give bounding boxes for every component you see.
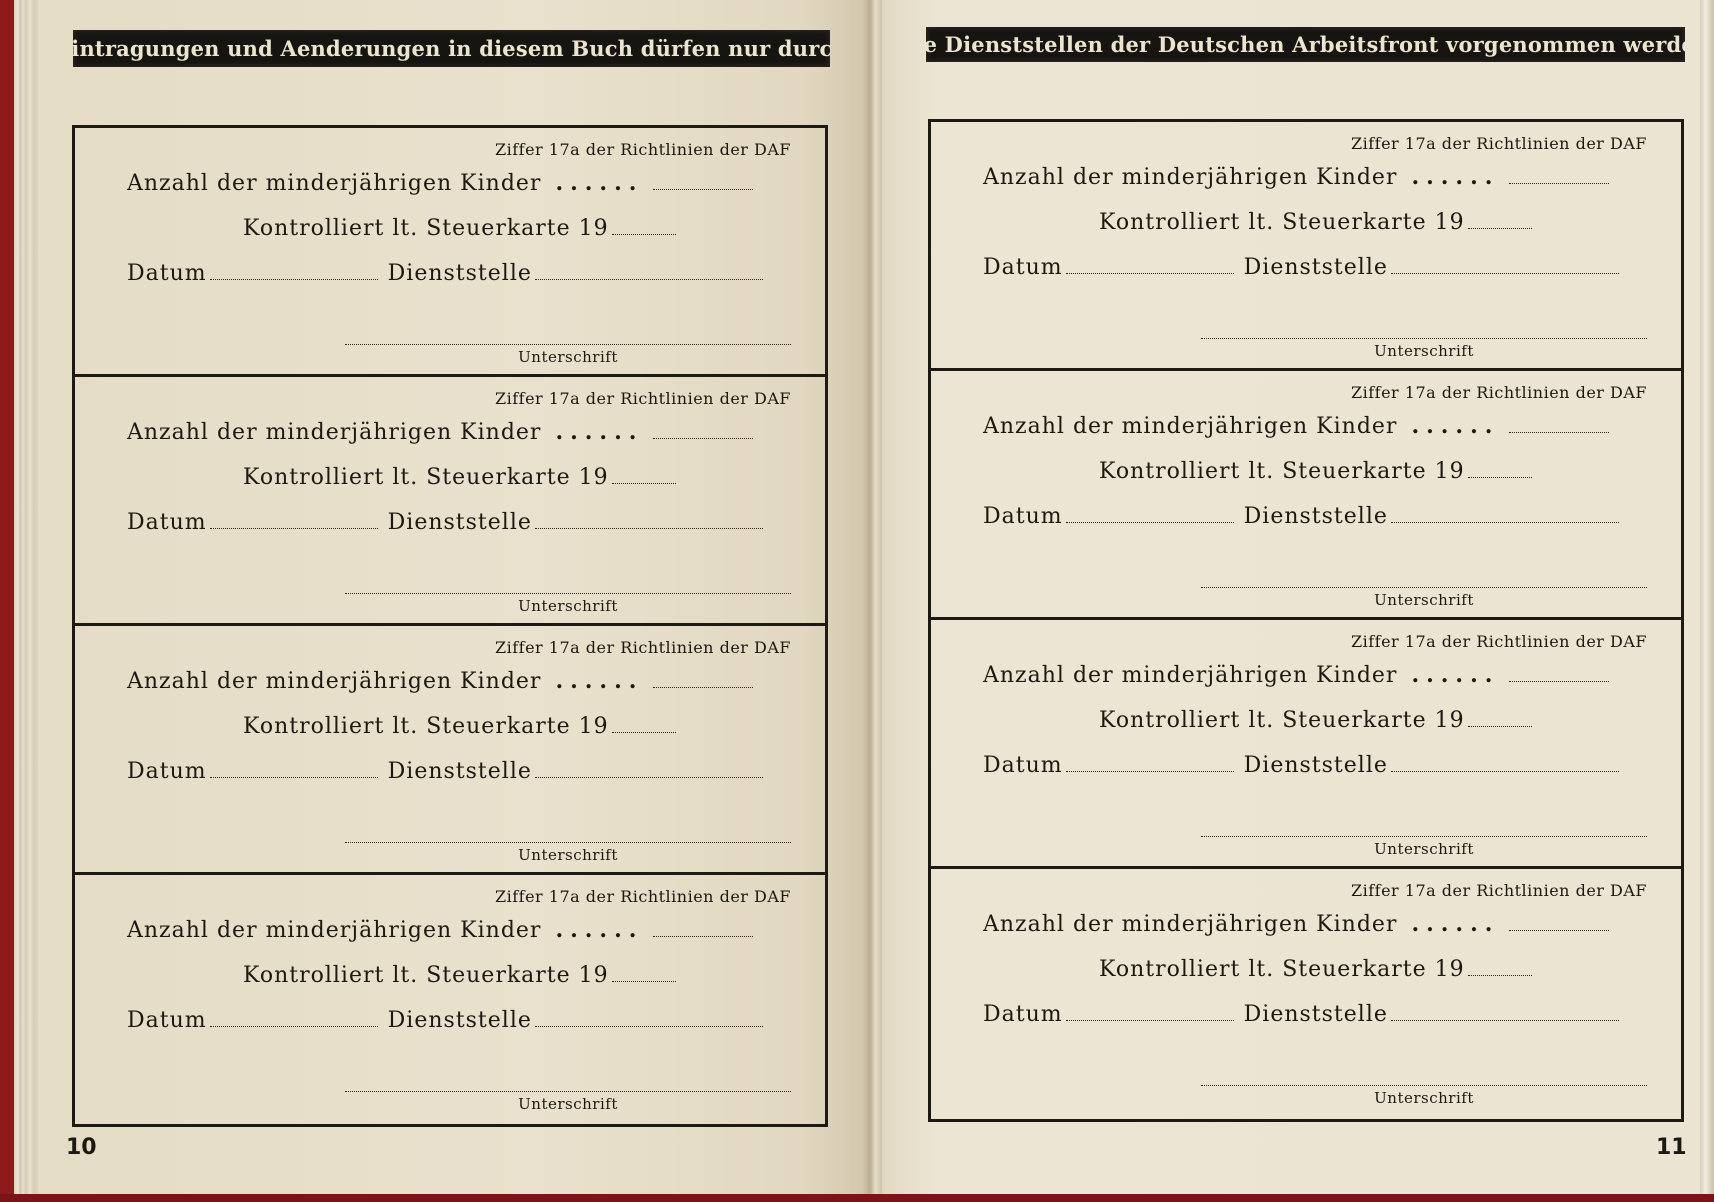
date-field[interactable] bbox=[1066, 1019, 1234, 1021]
date-field[interactable] bbox=[1066, 521, 1234, 523]
signature-label: Unterschrift bbox=[1201, 840, 1647, 858]
office-field[interactable] bbox=[1391, 521, 1619, 523]
children-count-field[interactable] bbox=[653, 935, 753, 937]
children-count-field[interactable] bbox=[653, 188, 753, 190]
tax-card-year-field[interactable] bbox=[612, 980, 676, 982]
reference-text: Ziffer 17a der Richtlinien der DAF bbox=[495, 638, 791, 657]
date-field[interactable] bbox=[1066, 272, 1234, 274]
date-office-row: Datum Dienststelle bbox=[127, 759, 763, 784]
tax-card-row: Kontrolliert lt. Steuerkarte 19 bbox=[1099, 708, 1532, 733]
signature-field[interactable] bbox=[345, 593, 791, 594]
reference-text: Ziffer 17a der Richtlinien der DAF bbox=[495, 389, 791, 408]
children-count-field[interactable] bbox=[1509, 929, 1609, 931]
tax-card-row: Kontrolliert lt. Steuerkarte 19 bbox=[1099, 957, 1532, 982]
date-office-row: Datum Dienststelle bbox=[127, 1008, 763, 1033]
children-count-row: Anzahl der minderjährigen Kinder ...... bbox=[127, 419, 753, 445]
form-entry: Ziffer 17a der Richtlinien der DAF Anzah… bbox=[75, 377, 825, 626]
tax-card-year-field[interactable] bbox=[1468, 476, 1532, 478]
signature-field[interactable] bbox=[1201, 587, 1647, 588]
children-count-label: Anzahl der minderjährigen Kinder bbox=[983, 165, 1397, 190]
reference-text: Ziffer 17a der Richtlinien der DAF bbox=[495, 140, 791, 159]
signature-field[interactable] bbox=[345, 1091, 791, 1092]
tax-card-label: Kontrolliert lt. Steuerkarte 19 bbox=[1099, 210, 1465, 235]
tax-card-row: Kontrolliert lt. Steuerkarte 19 bbox=[243, 714, 676, 739]
children-count-label: Anzahl der minderjährigen Kinder bbox=[983, 663, 1397, 688]
cover-bottom-edge bbox=[0, 1194, 1714, 1202]
reference-text: Ziffer 17a der Richtlinien der DAF bbox=[1351, 134, 1647, 153]
office-label: Dienststelle bbox=[388, 261, 532, 286]
children-count-row: Anzahl der minderjährigen Kinder ...... bbox=[983, 413, 1609, 439]
tax-card-label: Kontrolliert lt. Steuerkarte 19 bbox=[1099, 957, 1465, 982]
tax-card-row: Kontrolliert lt. Steuerkarte 19 bbox=[243, 465, 676, 490]
tax-card-label: Kontrolliert lt. Steuerkarte 19 bbox=[243, 465, 609, 490]
date-field[interactable] bbox=[1066, 770, 1234, 772]
office-label: Dienststelle bbox=[388, 1008, 532, 1033]
date-field[interactable] bbox=[210, 278, 378, 280]
children-count-field[interactable] bbox=[1509, 680, 1609, 682]
form-entry: Ziffer 17a der Richtlinien der DAF Anzah… bbox=[931, 620, 1681, 869]
tax-card-row: Kontrolliert lt. Steuerkarte 19 bbox=[1099, 459, 1532, 484]
leader-dots: ...... bbox=[555, 917, 643, 943]
office-field[interactable] bbox=[535, 776, 763, 778]
children-count-label: Anzahl der minderjährigen Kinder bbox=[127, 171, 541, 196]
office-field[interactable] bbox=[535, 278, 763, 280]
office-label: Dienststelle bbox=[388, 510, 532, 535]
signature-field[interactable] bbox=[345, 842, 791, 843]
children-count-row: Anzahl der minderjährigen Kinder ...... bbox=[127, 668, 753, 694]
children-count-field[interactable] bbox=[653, 686, 753, 688]
reference-text: Ziffer 17a der Richtlinien der DAF bbox=[1351, 383, 1647, 402]
signature-label: Unterschrift bbox=[1201, 591, 1647, 609]
date-field[interactable] bbox=[210, 1025, 378, 1027]
leader-dots: ...... bbox=[555, 668, 643, 694]
leader-dots: ...... bbox=[555, 419, 643, 445]
date-field[interactable] bbox=[210, 527, 378, 529]
office-field[interactable] bbox=[535, 1025, 763, 1027]
date-label: Datum bbox=[127, 759, 207, 784]
reference-text: Ziffer 17a der Richtlinien der DAF bbox=[1351, 632, 1647, 651]
form-entry: Ziffer 17a der Richtlinien der DAF Anzah… bbox=[75, 875, 825, 1124]
office-label: Dienststelle bbox=[1244, 504, 1388, 529]
children-count-row: Anzahl der minderjährigen Kinder ...... bbox=[983, 662, 1609, 688]
tax-card-year-field[interactable] bbox=[1468, 974, 1532, 976]
signature-field[interactable] bbox=[1201, 338, 1647, 339]
date-office-row: Datum Dienststelle bbox=[127, 510, 763, 535]
office-field[interactable] bbox=[1391, 770, 1619, 772]
signature-label: Unterschrift bbox=[1201, 1089, 1647, 1107]
page-number-left: 10 bbox=[66, 1135, 97, 1160]
tax-card-year-field[interactable] bbox=[612, 482, 676, 484]
page-number-right: 11 bbox=[1656, 1135, 1687, 1160]
date-office-row: Datum Dienststelle bbox=[127, 261, 763, 286]
office-label: Dienststelle bbox=[1244, 255, 1388, 280]
children-count-row: Anzahl der minderjährigen Kinder ...... bbox=[127, 917, 753, 943]
signature-label: Unterschrift bbox=[345, 846, 791, 864]
tax-card-label: Kontrolliert lt. Steuerkarte 19 bbox=[243, 963, 609, 988]
form-entry: Ziffer 17a der Richtlinien der DAF Anzah… bbox=[75, 128, 825, 377]
leader-dots: ...... bbox=[1411, 662, 1499, 688]
leader-dots: ...... bbox=[1411, 164, 1499, 190]
tax-card-row: Kontrolliert lt. Steuerkarte 19 bbox=[1099, 210, 1532, 235]
tax-card-label: Kontrolliert lt. Steuerkarte 19 bbox=[1099, 708, 1465, 733]
signature-label: Unterschrift bbox=[345, 348, 791, 366]
tax-card-row: Kontrolliert lt. Steuerkarte 19 bbox=[243, 216, 676, 241]
office-field[interactable] bbox=[1391, 272, 1619, 274]
tax-card-label: Kontrolliert lt. Steuerkarte 19 bbox=[1099, 459, 1465, 484]
date-field[interactable] bbox=[210, 776, 378, 778]
form-entry: Ziffer 17a der Richtlinien der DAF Anzah… bbox=[931, 371, 1681, 620]
date-label: Datum bbox=[127, 1008, 207, 1033]
children-count-label: Anzahl der minderjährigen Kinder bbox=[127, 918, 541, 943]
date-office-row: Datum Dienststelle bbox=[983, 504, 1619, 529]
children-count-label: Anzahl der minderjährigen Kinder bbox=[983, 912, 1397, 937]
form-entry: Ziffer 17a der Richtlinien der DAF Anzah… bbox=[75, 626, 825, 875]
leader-dots: ...... bbox=[555, 170, 643, 196]
tax-card-year-field[interactable] bbox=[1468, 725, 1532, 727]
signature-field[interactable] bbox=[1201, 836, 1647, 837]
signature-field[interactable] bbox=[345, 344, 791, 345]
office-field[interactable] bbox=[535, 527, 763, 529]
date-label: Datum bbox=[127, 261, 207, 286]
date-office-row: Datum Dienststelle bbox=[983, 1002, 1619, 1027]
children-count-field[interactable] bbox=[1509, 431, 1609, 433]
office-label: Dienststelle bbox=[1244, 1002, 1388, 1027]
office-label: Dienststelle bbox=[1244, 753, 1388, 778]
date-label: Datum bbox=[983, 255, 1063, 280]
tax-card-label: Kontrolliert lt. Steuerkarte 19 bbox=[243, 714, 609, 739]
reference-text: Ziffer 17a der Richtlinien der DAF bbox=[1351, 881, 1647, 900]
leader-dots: ...... bbox=[1411, 413, 1499, 439]
page-edges bbox=[14, 0, 40, 1196]
children-count-label: Anzahl der minderjährigen Kinder bbox=[983, 414, 1397, 439]
children-count-field[interactable] bbox=[653, 437, 753, 439]
right-form-box: Ziffer 17a der Richtlinien der DAF Anzah… bbox=[928, 119, 1684, 1122]
office-field[interactable] bbox=[1391, 1019, 1619, 1021]
children-count-row: Anzahl der minderjährigen Kinder ...... bbox=[127, 170, 753, 196]
right-banner: die Dienststellen der Deutschen Arbeitsf… bbox=[926, 27, 1685, 62]
tax-card-row: Kontrolliert lt. Steuerkarte 19 bbox=[243, 963, 676, 988]
signature-label: Unterschrift bbox=[345, 597, 791, 615]
leader-dots: ...... bbox=[1411, 911, 1499, 937]
right-page-edge bbox=[1700, 0, 1714, 1196]
signature-label: Unterschrift bbox=[1201, 342, 1647, 360]
date-label: Datum bbox=[127, 510, 207, 535]
tax-card-year-field[interactable] bbox=[612, 233, 676, 235]
form-entry: Ziffer 17a der Richtlinien der DAF Anzah… bbox=[931, 869, 1681, 1118]
children-count-row: Anzahl der minderjährigen Kinder ...... bbox=[983, 164, 1609, 190]
signature-label: Unterschrift bbox=[345, 1095, 791, 1113]
children-count-field[interactable] bbox=[1509, 182, 1609, 184]
date-label: Datum bbox=[983, 504, 1063, 529]
reference-text: Ziffer 17a der Richtlinien der DAF bbox=[495, 887, 791, 906]
children-count-label: Anzahl der minderjährigen Kinder bbox=[127, 669, 541, 694]
children-count-row: Anzahl der minderjährigen Kinder ...... bbox=[983, 911, 1609, 937]
signature-field[interactable] bbox=[1201, 1085, 1647, 1086]
date-office-row: Datum Dienststelle bbox=[983, 753, 1619, 778]
children-count-label: Anzahl der minderjährigen Kinder bbox=[127, 420, 541, 445]
left-form-box: Ziffer 17a der Richtlinien der DAF Anzah… bbox=[72, 125, 828, 1127]
tax-card-year-field[interactable] bbox=[612, 731, 676, 733]
left-banner: Eintragungen und Aenderungen in diesem B… bbox=[73, 30, 830, 67]
book-fold bbox=[862, 0, 882, 1196]
form-entry: Ziffer 17a der Richtlinien der DAF Anzah… bbox=[931, 122, 1681, 371]
tax-card-label: Kontrolliert lt. Steuerkarte 19 bbox=[243, 216, 609, 241]
date-office-row: Datum Dienststelle bbox=[983, 255, 1619, 280]
tax-card-year-field[interactable] bbox=[1468, 227, 1532, 229]
date-label: Datum bbox=[983, 1002, 1063, 1027]
office-label: Dienststelle bbox=[388, 759, 532, 784]
date-label: Datum bbox=[983, 753, 1063, 778]
